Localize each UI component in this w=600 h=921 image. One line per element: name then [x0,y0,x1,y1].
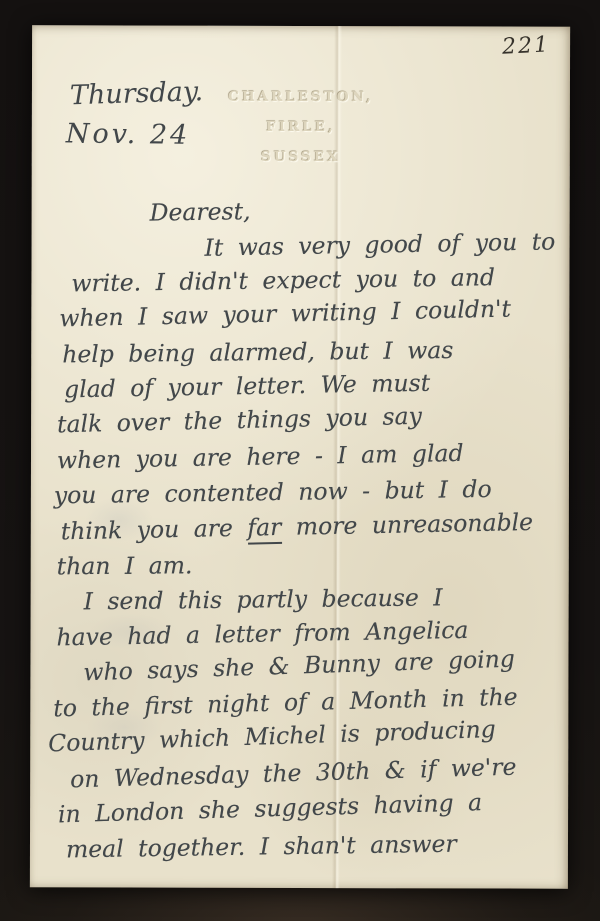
letter-body: Dearest, It was very good of you to writ… [30,195,570,869]
letter-line-18: meal together. I shan't answer [66,825,568,868]
letterhead-line-1: CHARLESTON, [32,81,570,112]
page-number: 221 [501,32,550,59]
letterhead-line-2: FIRLE, [32,111,570,142]
letter-paper: 221 Thursday. Nov. 24 CHARLESTON, FIRLE,… [30,25,570,888]
emphasis-pre: think you are [61,513,248,545]
underlined-word: far [247,513,282,545]
embossed-letterhead: CHARLESTON, FIRLE, SUSSEX [32,81,570,172]
letterhead-line-3: SUSSEX [32,141,570,172]
emphasis-post: more unreasonable [281,508,533,541]
